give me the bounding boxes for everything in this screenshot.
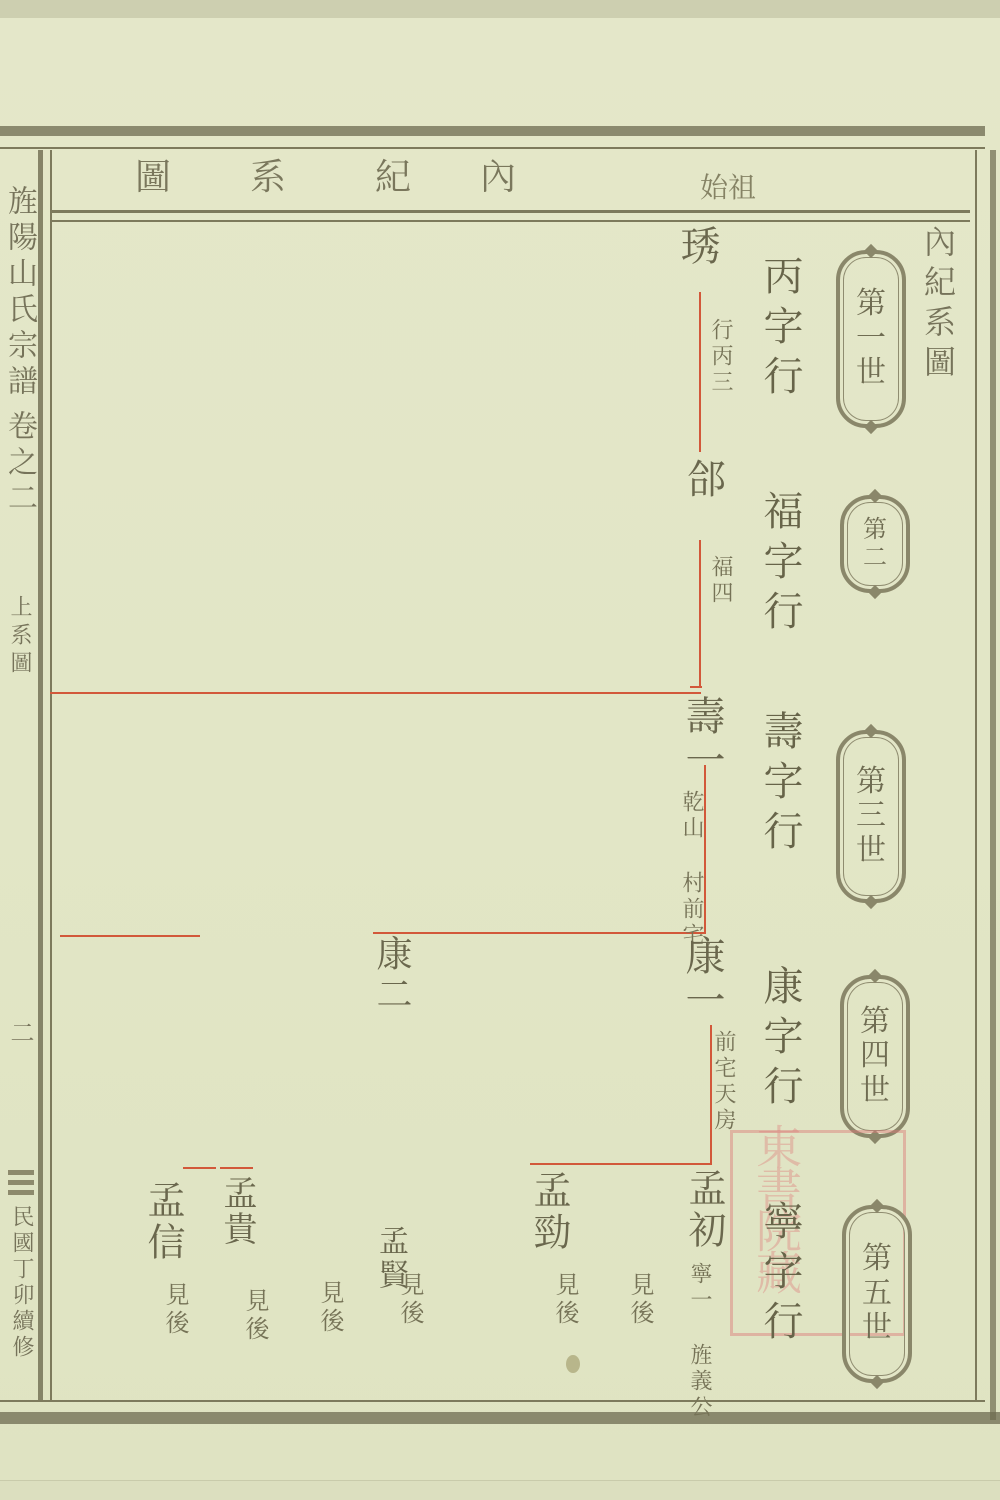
frame-bottom-thick [0,1412,1000,1424]
header-title-char-1: 內 [480,160,516,196]
header-title-char-2: 紀 [375,160,411,196]
fishtail-mark [8,1180,34,1185]
person-note: 行丙三 [709,318,731,396]
person-name: 琇 [677,225,717,269]
header-bottom-line-2 [50,220,970,222]
generation-badge-2: 第 二 [840,495,910,593]
column-head-gen4: 康字行 [760,965,800,1115]
person-name: 康一 [682,935,722,1023]
frame-right-thin [975,150,977,1400]
lineage-line [690,686,702,688]
see-later: 見後 [628,1272,652,1328]
lineage-line [220,1167,253,1169]
frame-top-thick [0,126,985,136]
ink-stain [566,1355,580,1373]
book-title: 旌陽山氏宗譜 [4,185,34,401]
volume-label: 卷之二 [4,410,34,518]
frame-left-thick [38,150,43,1400]
column-head-gen3: 壽字行 [760,710,800,860]
person-name: 壽一 [682,695,722,783]
lineage-line [373,932,706,934]
lineage-line [50,692,701,694]
lineage-line [699,292,701,452]
person-note: 見後 [243,1288,267,1344]
person-note: 寧一 旌義公 [688,1262,710,1352]
frame-bottom-thin [0,1400,985,1402]
person-name: 郃 [683,458,723,502]
bottom-edge [0,1480,1000,1500]
person-note: 前宅天房 [712,1030,734,1134]
generation-badge-4: 第 四 世 [840,975,910,1138]
frame-top-thin [0,147,985,149]
person-name: 孟信 [144,1180,182,1264]
section-label: 上系圖 [8,595,30,679]
person-note: 福四 [709,555,731,607]
header-bottom-line [50,210,970,213]
frame-right-thick [990,150,996,1420]
person-note: 見後 [163,1282,187,1338]
page-number: 二 [8,1020,32,1050]
column-head-gen1: 丙字行 [760,255,800,405]
fishtail-mark [8,1190,34,1195]
top-edge [0,0,1000,20]
column-head-gen5: 寧字行 [760,1200,800,1350]
lineage-line [699,540,701,688]
edition-note: 民國丁卯續修 [10,1205,32,1361]
person-note: 見後 [398,1272,422,1328]
see-later: 見後 [318,1280,342,1336]
person-name: 康二 [373,935,409,1015]
right-margin-label: 內紀系圖 [922,225,954,385]
generation-badge-1: 第 一 世 [836,250,906,428]
column-head-gen2: 福字行 [760,490,800,640]
fishtail-mark [8,1170,34,1175]
person-note: 乾山 村前宅 [680,790,702,900]
lineage-line [704,765,706,933]
person-name: 孟初 [685,1168,723,1252]
lineage-line [530,1163,712,1165]
generation-badge-3: 第 三 世 [836,730,906,903]
person-note: 見後 [553,1272,577,1328]
frame-left-thin [50,150,52,1400]
person-name: 孟貴 [220,1175,254,1247]
header-prefix: 始祖 [700,166,756,206]
lineage-line [60,935,200,937]
header-title-char-3: 系 [250,160,286,196]
lineage-line [183,1167,216,1169]
person-name: 孟勁 [530,1170,568,1254]
generation-badge-5: 第 五 世 [842,1205,912,1383]
header-title-char-4: 圖 [135,160,171,196]
